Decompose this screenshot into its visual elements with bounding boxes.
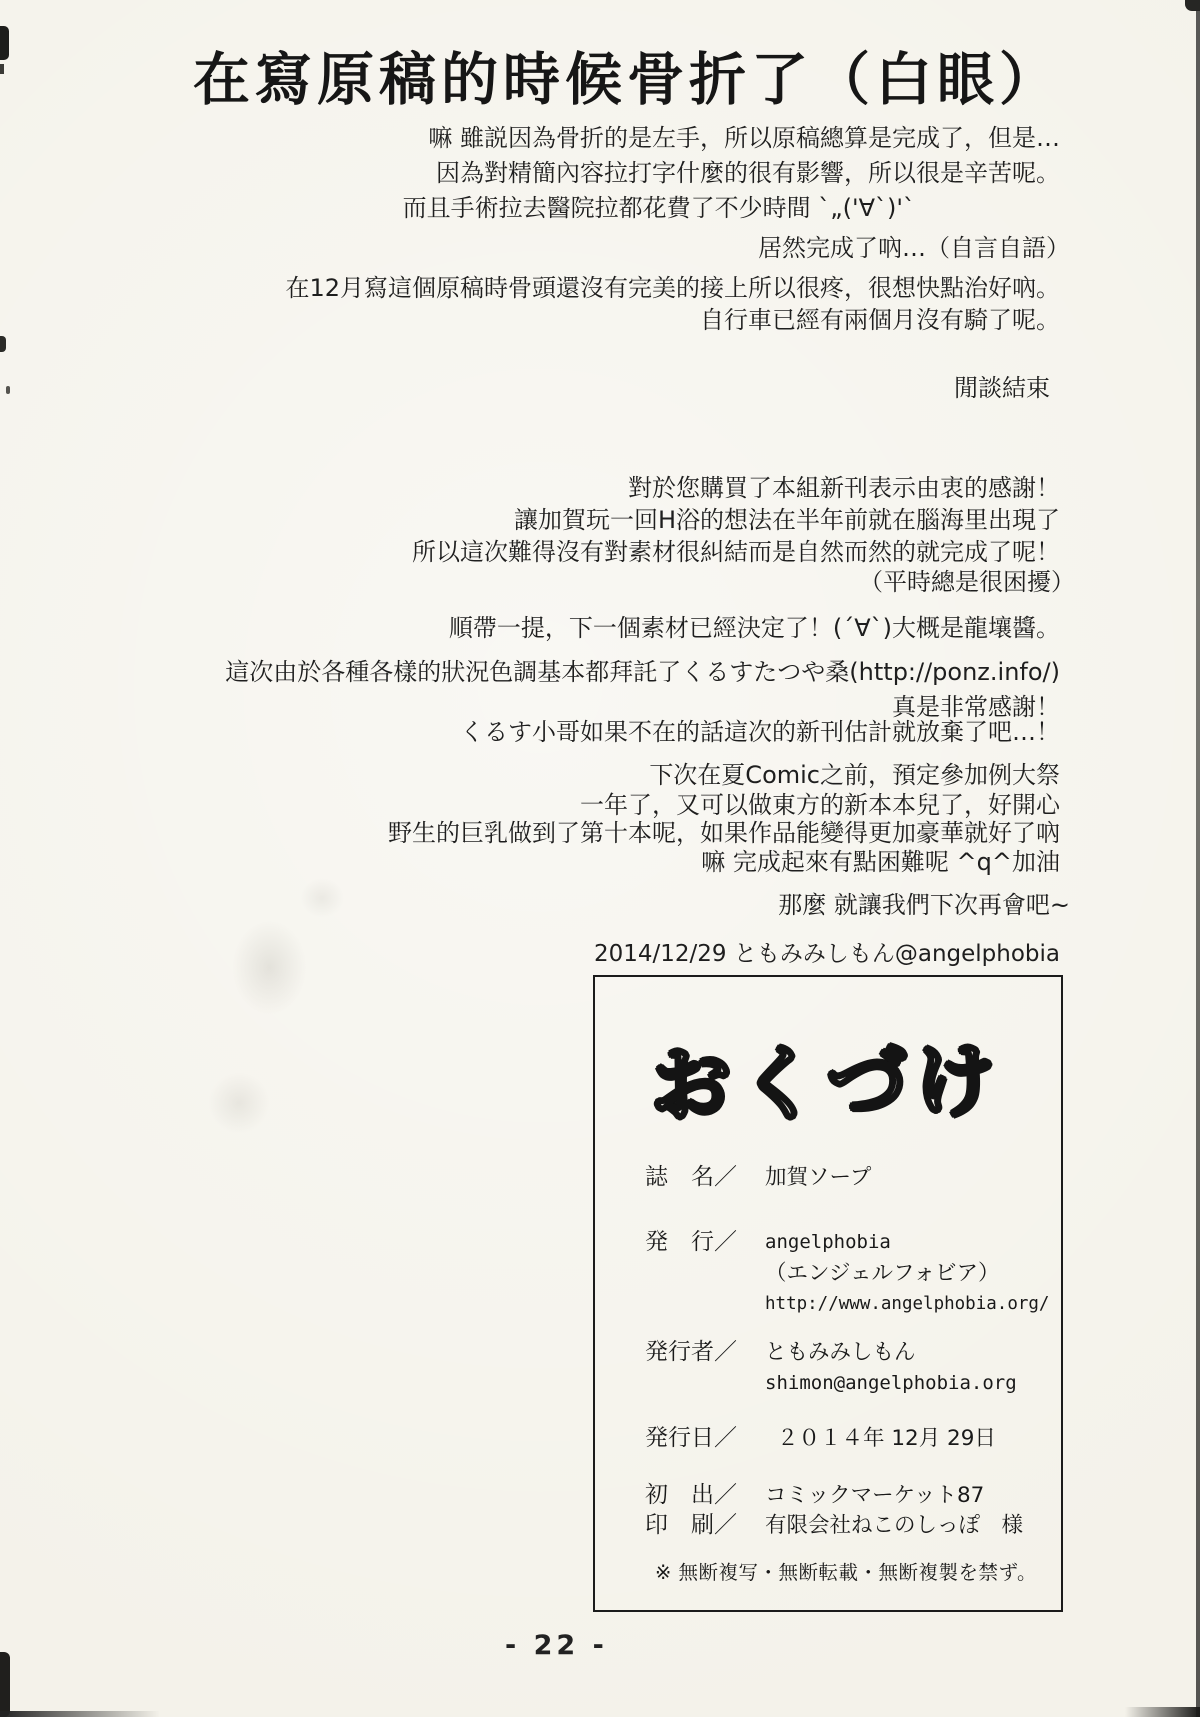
scan-smudge-artifact bbox=[232, 920, 307, 1015]
colophon-box: おくづけ 誌 名／ 加賀ソープ 発 行／ angelphobia （エンジェルフ… bbox=[593, 975, 1063, 1612]
page-title: 在寫原稿的時候骨折了（白眼） bbox=[193, 34, 1061, 116]
scan-edge-artifact bbox=[1125, 1707, 1200, 1717]
afterword-line: 居然完成了吶…（自言自語） bbox=[758, 228, 1070, 263]
afterword-line: 那麼 就讓我們下次再會吧~ bbox=[778, 885, 1070, 920]
scan-speck-artifact bbox=[6, 386, 10, 394]
colophon-label: 印 刷／ bbox=[645, 1510, 765, 1540]
scanned-page: 在寫原稿的時候骨折了（白眼） 嘛 雖説因為骨折的是左手，所以原稿總算是完成了，但… bbox=[0, 0, 1200, 1717]
afterword-line: 自行車已經有兩個月沒有騎了呢。 bbox=[700, 300, 1060, 335]
colophon-value: ともみみしもん bbox=[765, 1337, 1017, 1368]
page-number: - 22 - bbox=[505, 1630, 608, 1661]
colophon-url: http://www.angelphobia.org/ bbox=[765, 1289, 1049, 1320]
scan-edge-artifact bbox=[1196, 0, 1200, 1717]
scan-smudge-artifact bbox=[300, 878, 344, 918]
scan-corner-artifact bbox=[1185, 0, 1200, 11]
colophon-value: ２０１４年 12月 29日 bbox=[765, 1423, 996, 1454]
scan-speck-artifact bbox=[0, 26, 9, 60]
afterword-line: 這次由於各種各樣的狀況色調基本都拜託了くるすたつや桑(http://ponz.i… bbox=[225, 652, 1060, 687]
colophon-value: （エンジェルフォビア） bbox=[765, 1258, 1049, 1289]
afterword-line: 順帶一提，下一個素材已經決定了！(´∀`)大概是龍壤醬。 bbox=[449, 608, 1060, 643]
afterword-line: （平時總是很困擾） bbox=[859, 562, 1075, 597]
colophon-value: 加賀ソープ bbox=[765, 1162, 871, 1193]
afterword-line: くるす小哥如果不在的話這次的新刊估計就放棄了吧…！ bbox=[460, 712, 1060, 747]
copyright-notice: ※ 無断複写・無断転載・無断複製を禁ず。 bbox=[655, 1557, 1037, 1585]
colophon-value: コミックマーケット87 bbox=[765, 1480, 984, 1511]
afterword-line: 在12月寫這個原稿時骨頭還沒有完美的接上所以很疼，很想快點治好吶。 bbox=[285, 268, 1060, 303]
scan-edge-artifact bbox=[0, 1711, 160, 1717]
colophon-heading: おくづけ bbox=[650, 1017, 1004, 1137]
afterword-line: 嘛 雖説因為骨折的是左手，所以原稿總算是完成了，但是… bbox=[428, 118, 1060, 153]
colophon-row-date: 発行日／ ２０１４年 12月 29日 bbox=[645, 1423, 996, 1454]
colophon-row-event: 初 出／ コミックマーケット87 bbox=[645, 1480, 984, 1511]
afterword-line: 閒談結束 bbox=[954, 368, 1050, 403]
colophon-label: 発 行／ bbox=[645, 1227, 765, 1257]
colophon-label: 発行者／ bbox=[645, 1337, 765, 1367]
colophon-email: shimon@angelphobia.org bbox=[765, 1368, 1017, 1399]
afterword-line: 對於您購買了本組新刊表示由衷的感謝！ bbox=[628, 468, 1060, 503]
afterword-line: 因為對精簡內容拉打字什麼的很有影響，所以很是辛苦呢。 bbox=[436, 153, 1060, 188]
colophon-label: 誌 名／ bbox=[645, 1162, 765, 1192]
colophon-label: 発行日／ bbox=[645, 1423, 765, 1453]
colophon-row-title: 誌 名／ 加賀ソープ bbox=[645, 1162, 871, 1193]
scan-speck-artifact bbox=[0, 336, 6, 352]
colophon-label: 初 出／ bbox=[645, 1480, 765, 1510]
colophon-value: 有限会社ねこのしっぽ 様 bbox=[765, 1510, 1023, 1541]
colophon-row-author: 発行者／ ともみみしもん shimon@angelphobia.org bbox=[645, 1337, 1017, 1399]
scan-smudge-artifact bbox=[208, 1072, 270, 1134]
scan-corner-artifact bbox=[0, 1652, 10, 1717]
afterword-line: 而且手術拉去醫院拉都花費了不少時間 `„('∀`)'` bbox=[403, 188, 915, 223]
afterword-signature: 2014/12/29 ともみみしもん@angelphobia bbox=[594, 935, 1060, 968]
colophon-row-publisher: 発 行／ angelphobia （エンジェルフォビア） http://www.… bbox=[645, 1227, 1049, 1320]
scan-speck-artifact bbox=[0, 64, 4, 74]
afterword-line: 嘛 完成起來有點困難呢 ^q^加油 bbox=[701, 842, 1060, 877]
colophon-value: angelphobia bbox=[765, 1227, 1049, 1258]
colophon-row-printer: 印 刷／ 有限会社ねこのしっぽ 様 bbox=[645, 1510, 1023, 1541]
afterword-line: 讓加賀玩一回H浴的想法在半年前就在腦海里出現了 bbox=[514, 500, 1060, 535]
